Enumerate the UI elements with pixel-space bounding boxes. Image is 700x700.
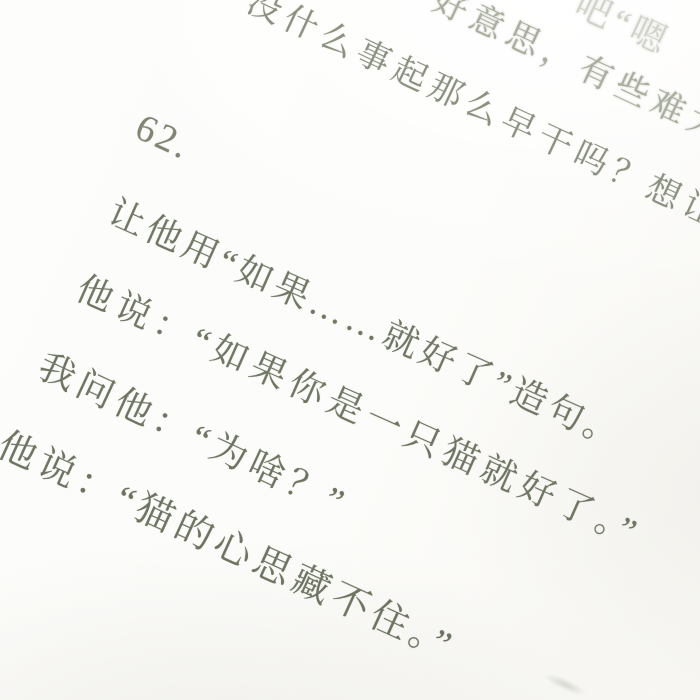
page-shadow-smudge xyxy=(536,667,594,700)
joke-number: 62. xyxy=(130,108,197,166)
book-page-photo: 吧“嗯 好意思，有些难为 没什么事起那么早干吗？想让 62. 让他用“如果……就… xyxy=(0,0,700,700)
